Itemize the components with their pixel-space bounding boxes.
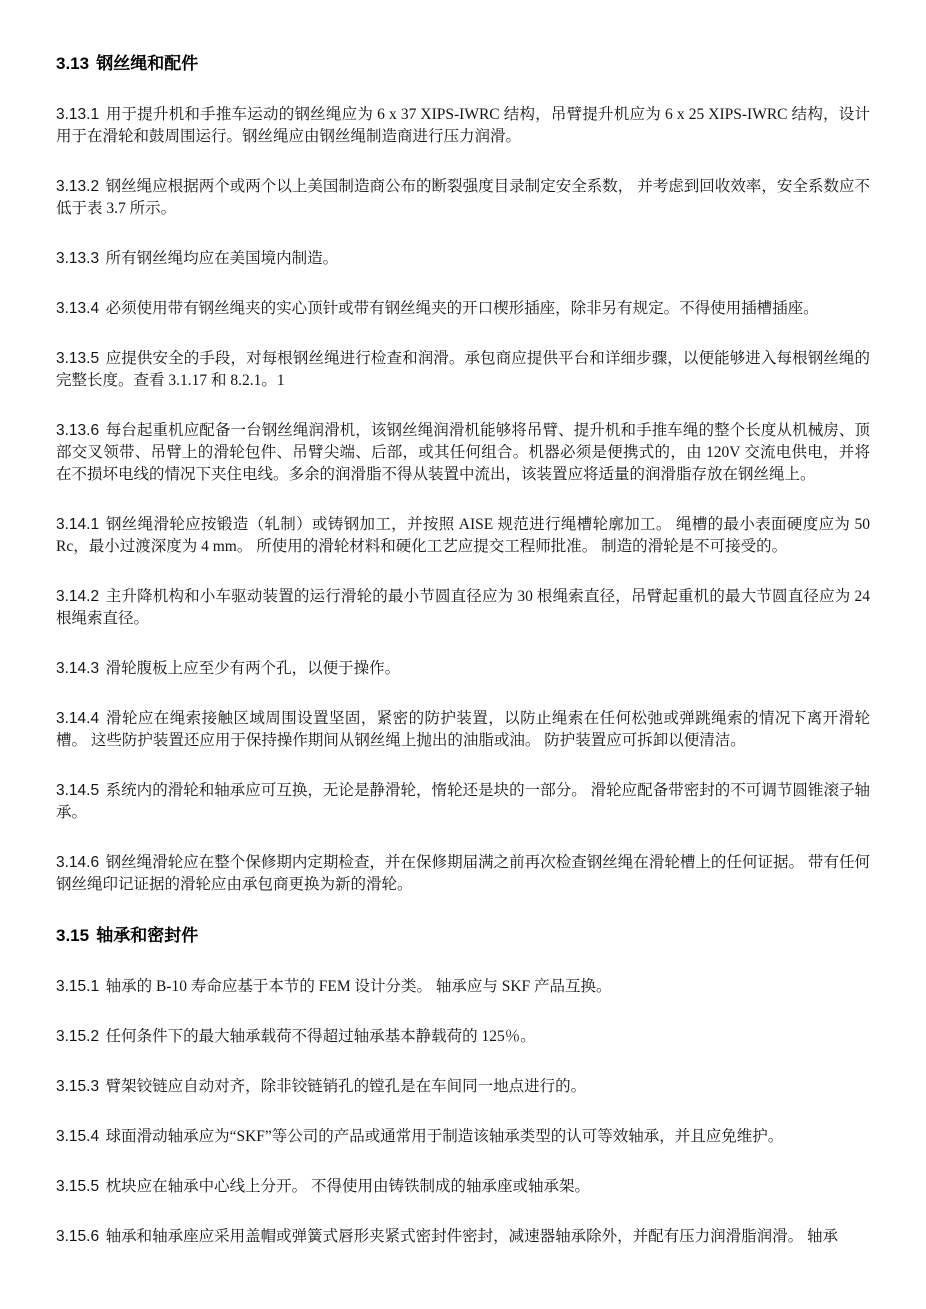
paragraph-3-13-1: 3.13.1用于提升机和手推车运动的钢丝绳应为 6 x 37 XIPS-IWRC… — [56, 104, 870, 148]
paragraph-text: 钢丝绳应根据两个或两个以上美国制造商公布的断裂强度目录制定安全系数， 并考虑到回… — [56, 178, 870, 217]
paragraph-number: 3.15.1 — [56, 978, 99, 995]
paragraph-3-15-5: 3.15.5枕块应在轴承中心线上分开。 不得使用由铸铁制成的轴承座或轴承架。 — [56, 1176, 870, 1198]
paragraph-number: 3.13.3 — [56, 250, 99, 267]
paragraph-number: 3.14.3 — [56, 660, 99, 677]
paragraph-text: 滑轮应在绳索接触区域周围设置坚固，紧密的防护装置，以防止绳索在任何松弛或弹跳绳索… — [56, 710, 870, 749]
paragraph-3-14-1: 3.14.1钢丝绳滑轮应按锻造（轧制）或铸钢加工，并按照 AISE 规范进行绳槽… — [56, 514, 870, 558]
section-title: 钢丝绳和配件 — [96, 54, 198, 73]
paragraph-3-14-2: 3.14.2主升降机构和小车驱动装置的运行滑轮的最小节圆直径应为 30 根绳索直… — [56, 586, 870, 630]
paragraph-text: 每台起重机应配备一台钢丝绳润滑机，该钢丝绳润滑机能够将吊臂、提升机和手推车绳的整… — [56, 422, 870, 483]
paragraph-3-14-5: 3.14.5系统内的滑轮和轴承应可互换，无论是静滑轮，惰轮还是块的一部分。 滑轮… — [56, 780, 870, 824]
paragraph-number: 3.15.3 — [56, 1078, 99, 1095]
paragraph-number: 3.14.2 — [56, 588, 99, 605]
paragraph-number: 3.15.4 — [56, 1128, 99, 1145]
paragraph-number: 3.14.1 — [56, 516, 99, 533]
paragraph-text: 必须使用带有钢丝绳夹的实心顶针或带有钢丝绳夹的开口楔形插座，除非另有规定。不得使… — [106, 300, 819, 317]
paragraph-3-13-4: 3.13.4必须使用带有钢丝绳夹的实心顶针或带有钢丝绳夹的开口楔形插座，除非另有… — [56, 298, 870, 320]
paragraph-text: 主升降机构和小车驱动装置的运行滑轮的最小节圆直径应为 30 根绳索直径，吊臂起重… — [56, 588, 870, 627]
paragraph-number: 3.13.5 — [56, 350, 99, 367]
paragraph-number: 3.13.4 — [56, 300, 99, 317]
paragraph-3-15-4: 3.15.4球面滑动轴承应为“SKF”等公司的产品或通常用于制造该轴承类型的认可… — [56, 1126, 870, 1148]
paragraph-text: 滑轮腹板上应至少有两个孔，以便于操作。 — [106, 660, 401, 677]
paragraph-text: 任何条件下的最大轴承载荷不得超过轴承基本静载荷的 125％。 — [106, 1028, 536, 1045]
paragraph-text: 轴承的 B-10 寿命应基于本节的 FEM 设计分类。 轴承应与 SKF 产品互… — [106, 978, 612, 995]
section-heading-3-15: 3.15轴承和密封件 — [56, 924, 870, 948]
paragraph-text: 钢丝绳滑轮应在整个保修期内定期检查，并在保修期届满之前再次检查钢丝绳在滑轮槽上的… — [56, 854, 870, 893]
paragraph-text: 钢丝绳滑轮应按锻造（轧制）或铸钢加工，并按照 AISE 规范进行绳槽轮廓加工。 … — [56, 516, 870, 555]
document-page: 3.13钢丝绳和配件 3.13.1用于提升机和手推车运动的钢丝绳应为 6 x 3… — [0, 0, 926, 1309]
paragraph-3-14-4: 3.14.4滑轮应在绳索接触区域周围设置坚固，紧密的防护装置，以防止绳索在任何松… — [56, 708, 870, 752]
section-title: 轴承和密封件 — [96, 926, 198, 945]
paragraph-3-15-3: 3.15.3臂架铰链应自动对齐，除非铰链销孔的镗孔是在车间同一地点进行的。 — [56, 1076, 870, 1098]
paragraph-text: 轴承和轴承座应采用盖帽或弹簧式唇形夹紧式密封件密封，减速器轴承除外，并配有压力润… — [106, 1228, 838, 1245]
paragraph-number: 3.14.6 — [56, 854, 99, 871]
paragraph-3-15-1: 3.15.1轴承的 B-10 寿命应基于本节的 FEM 设计分类。 轴承应与 S… — [56, 976, 870, 998]
paragraph-number: 3.15.5 — [56, 1178, 99, 1195]
paragraph-3-13-5: 3.13.5应提供安全的手段，对每根钢丝绳进行检查和润滑。承包商应提供平台和详细… — [56, 348, 870, 392]
paragraph-text: 臂架铰链应自动对齐，除非铰链销孔的镗孔是在车间同一地点进行的。 — [106, 1078, 587, 1095]
paragraph-number: 3.14.5 — [56, 782, 99, 799]
paragraph-3-14-6: 3.14.6钢丝绳滑轮应在整个保修期内定期检查，并在保修期届满之前再次检查钢丝绳… — [56, 852, 870, 896]
paragraph-3-13-6: 3.13.6每台起重机应配备一台钢丝绳润滑机，该钢丝绳润滑机能够将吊臂、提升机和… — [56, 420, 870, 486]
section-heading-3-13: 3.13钢丝绳和配件 — [56, 52, 870, 76]
paragraph-number: 3.15.6 — [56, 1228, 99, 1245]
paragraph-number: 3.13.6 — [56, 422, 99, 439]
paragraph-number: 3.14.4 — [56, 710, 99, 727]
paragraph-3-15-6: 3.15.6轴承和轴承座应采用盖帽或弹簧式唇形夹紧式密封件密封，减速器轴承除外，… — [56, 1226, 870, 1248]
paragraph-text: 枕块应在轴承中心线上分开。 不得使用由铸铁制成的轴承座或轴承架。 — [106, 1178, 590, 1195]
section-number: 3.13 — [56, 54, 89, 73]
paragraph-3-15-2: 3.15.2任何条件下的最大轴承载荷不得超过轴承基本静载荷的 125％。 — [56, 1026, 870, 1048]
paragraph-text: 球面滑动轴承应为“SKF”等公司的产品或通常用于制造该轴承类型的认可等效轴承，并… — [106, 1128, 784, 1145]
section-number: 3.15 — [56, 926, 89, 945]
paragraph-text: 用于提升机和手推车运动的钢丝绳应为 6 x 37 XIPS-IWRC 结构，吊臂… — [56, 106, 870, 145]
paragraph-text: 系统内的滑轮和轴承应可互换，无论是静滑轮，惰轮还是块的一部分。 滑轮应配备带密封… — [56, 782, 870, 821]
paragraph-number: 3.13.1 — [56, 106, 99, 123]
paragraph-3-14-3: 3.14.3滑轮腹板上应至少有两个孔，以便于操作。 — [56, 658, 870, 680]
paragraph-number: 3.13.2 — [56, 178, 99, 195]
paragraph-number: 3.15.2 — [56, 1028, 99, 1045]
paragraph-3-13-2: 3.13.2钢丝绳应根据两个或两个以上美国制造商公布的断裂强度目录制定安全系数，… — [56, 176, 870, 220]
paragraph-text: 所有钢丝绳均应在美国境内制造。 — [106, 250, 339, 267]
paragraph-3-13-3: 3.13.3所有钢丝绳均应在美国境内制造。 — [56, 248, 870, 270]
paragraph-text: 应提供安全的手段，对每根钢丝绳进行检查和润滑。承包商应提供平台和详细步骤，以便能… — [56, 350, 870, 389]
